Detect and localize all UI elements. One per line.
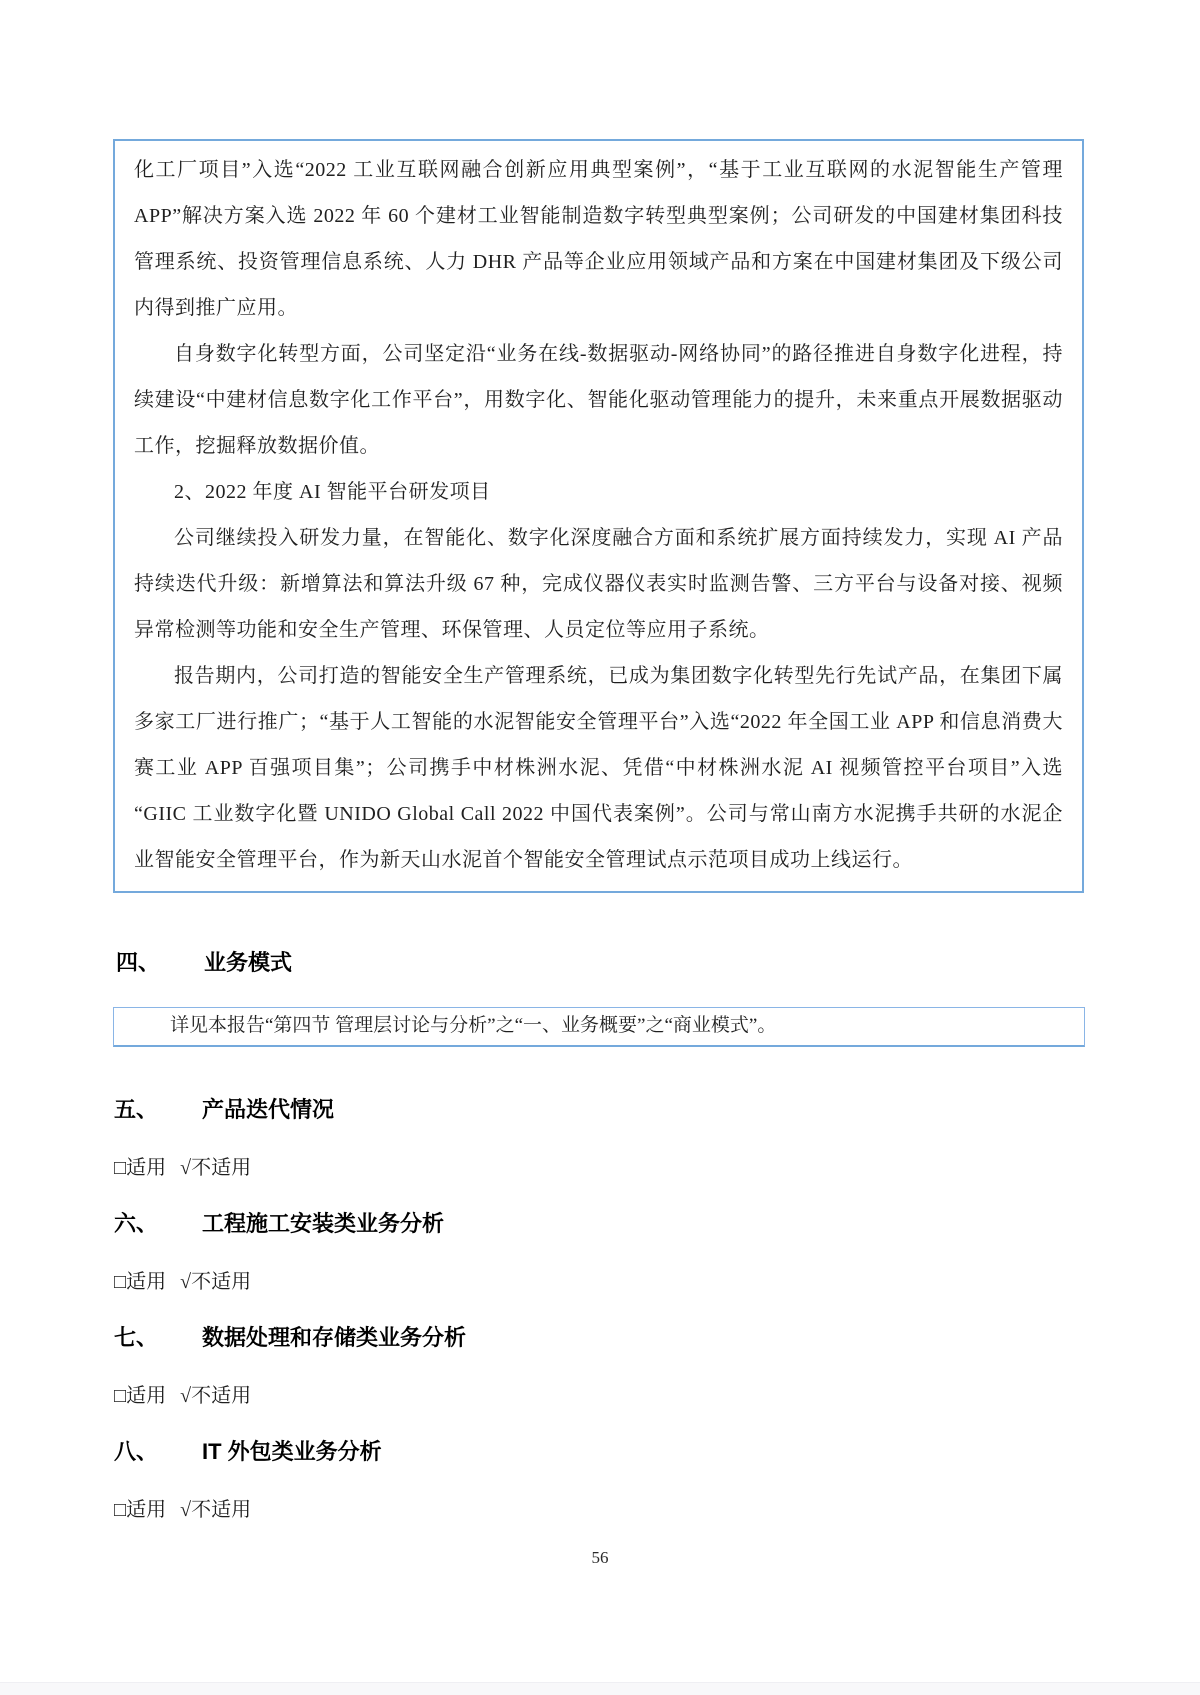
section-heading-construction-install: 六、工程施工安装类业务分析: [114, 1209, 1084, 1239]
section-title: 产品迭代情况: [202, 1097, 334, 1122]
paragraph: 自身数字化转型方面，公司坚定沿“业务在线-数据驱动-网络协同”的路径推进自身数字…: [134, 331, 1063, 469]
page-edge-divider: [0, 1682, 1200, 1695]
applicable-label: 适用: [126, 1499, 166, 1521]
highlighted-text-block: 化工厂项目”入选“2022 工业互联网融合创新应用典型案例”，“基于工业互联网的…: [113, 139, 1084, 893]
applicability-row: □适用√不适用: [114, 1155, 1084, 1181]
section-number: 七、: [114, 1323, 202, 1353]
section-heading-business-model: 四、业务模式: [116, 948, 292, 978]
paragraph: 化工厂项目”入选“2022 工业互联网融合创新应用典型案例”，“基于工业互联网的…: [134, 147, 1063, 331]
section-title: 工程施工安装类业务分析: [202, 1211, 444, 1236]
checkmark-icon: √: [180, 1271, 191, 1293]
section-title: 业务模式: [204, 950, 292, 975]
section-number: 四、: [116, 948, 204, 978]
checkbox-empty-icon: □: [114, 1499, 126, 1521]
page-number: 56: [0, 1548, 1200, 1568]
sections-list: 五、产品迭代情况 □适用√不适用 六、工程施工安装类业务分析 □适用√不适用 七…: [114, 1095, 1084, 1551]
applicable-label: 适用: [126, 1157, 166, 1179]
checkmark-icon: √: [180, 1157, 191, 1179]
section-number: 五、: [114, 1095, 202, 1125]
checkmark-icon: √: [180, 1385, 191, 1407]
not-applicable-label: 不适用: [191, 1271, 251, 1293]
checkmark-icon: √: [180, 1499, 191, 1521]
paragraph: 公司继续投入研发力量，在智能化、数字化深度融合方面和系统扩展方面持续发力，实现 …: [134, 515, 1063, 653]
section-number: 六、: [114, 1209, 202, 1239]
applicable-label: 适用: [126, 1385, 166, 1407]
checkbox-empty-icon: □: [114, 1385, 126, 1407]
note-text: 详见本报告“第四节 管理层讨论与分析”之“一、业务概要”之“商业模式”。: [132, 1011, 1066, 1041]
checkbox-empty-icon: □: [114, 1271, 126, 1293]
section-title: IT 外包类业务分析: [202, 1439, 382, 1464]
document-page: 化工厂项目”入选“2022 工业互联网融合创新应用典型案例”，“基于工业互联网的…: [0, 0, 1200, 1695]
section-title: 数据处理和存储类业务分析: [202, 1325, 466, 1350]
section-heading-product-iteration: 五、产品迭代情况: [114, 1095, 1084, 1125]
section-heading-it-outsourcing: 八、IT 外包类业务分析: [114, 1437, 1084, 1467]
applicable-label: 适用: [126, 1271, 166, 1293]
not-applicable-label: 不适用: [191, 1385, 251, 1407]
not-applicable-label: 不适用: [191, 1157, 251, 1179]
applicability-row: □适用√不适用: [114, 1269, 1084, 1295]
paragraph: 报告期内，公司打造的智能安全生产管理系统，已成为集团数字化转型先行先试产品，在集…: [134, 653, 1063, 883]
applicability-row: □适用√不适用: [114, 1497, 1084, 1523]
applicability-row: □适用√不适用: [114, 1383, 1084, 1409]
section-heading-data-processing-storage: 七、数据处理和存储类业务分析: [114, 1323, 1084, 1353]
section-note-box: 详见本报告“第四节 管理层讨论与分析”之“一、业务概要”之“商业模式”。: [113, 1007, 1085, 1047]
paragraph: 2、2022 年度 AI 智能平台研发项目: [134, 469, 1063, 515]
section-number: 八、: [114, 1437, 202, 1467]
checkbox-empty-icon: □: [114, 1157, 126, 1179]
not-applicable-label: 不适用: [191, 1499, 251, 1521]
